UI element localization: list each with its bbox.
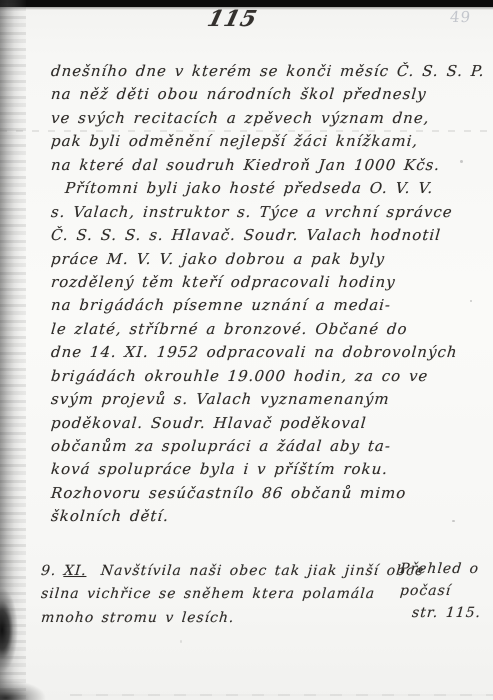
text-line: pak byli odměnění nejlepší žáci knížkami… xyxy=(50,130,452,153)
text-line: školních dětí. xyxy=(50,505,452,528)
text-line: s. Valach, instruktor s. Týce a vrchní s… xyxy=(50,201,452,224)
manuscript-text-block: dnešního dne v kterém se konči měsíc Č. … xyxy=(50,60,450,529)
text-line: dnešního dne v kterém se konči měsíc Č. … xyxy=(50,60,452,83)
dated-entry: 9. XI.Navštívila naši obec tak jiak jinš… xyxy=(40,560,400,630)
text-line: Navštívila naši obec tak jiak jinší obce xyxy=(100,563,425,579)
text-line: na brigádách písemne uznání a medai- xyxy=(50,294,452,317)
text-line: brigádách okrouhle 19.000 hodin, za co v… xyxy=(50,365,452,388)
paper-speck xyxy=(460,160,463,163)
paper-speck xyxy=(180,640,182,643)
entry-date-day: 9. xyxy=(40,563,57,579)
scanned-manuscript-page: 115 49 dnešního dne v kterém se konči mě… xyxy=(0,0,493,700)
scan-artifact-line xyxy=(70,694,493,696)
text-line: ková spolupráce byla i v příštím roku. xyxy=(50,458,452,481)
text-line: Rozhovoru sesúčastnílo 86 občanů mimo xyxy=(50,482,452,505)
paper-speck xyxy=(452,520,455,522)
text-line: Č. S. S. S. s. Hlavač. Soudr. Valach hod… xyxy=(50,224,452,247)
entry-date-month: XI. xyxy=(63,563,87,579)
text-line: práce M. V. V. jako dobrou a pak byly xyxy=(50,248,452,271)
paper-speck xyxy=(470,300,472,302)
scan-bottom-corner-shadow xyxy=(0,660,60,700)
text-line: silna vichřice se sněhem ktera polamála xyxy=(40,583,402,606)
text-line: rozdělený těm kteří odpracovali hodiny xyxy=(50,271,452,294)
entry-first-line: 9. XI.Navštívila naši obec tak jiak jinš… xyxy=(40,560,402,583)
margin-note-line: počasí xyxy=(399,580,489,602)
text-line: svým projevů s. Valach vyznamenaným xyxy=(50,388,452,411)
text-line: ve svých recitacích a zpěvech význam dne… xyxy=(50,107,452,130)
text-line: na něž děti obou národních škol přednesl… xyxy=(50,83,452,106)
entry-date: 9. XI. xyxy=(40,560,88,583)
margin-note: Přehled o počasí str. 115. xyxy=(400,558,488,624)
pencil-corner-mark: 49 xyxy=(449,8,472,26)
text-line: dne 14. XI. 1952 odpracovali na dobrovol… xyxy=(50,341,452,364)
margin-note-line: str. 115. xyxy=(399,602,489,624)
margin-note-line: Přehled o xyxy=(399,558,489,580)
text-line: le zlaté, stříbrné a bronzové. Občané do xyxy=(50,318,452,341)
page-number: 115 xyxy=(205,6,260,32)
text-line: Přítomni byli jako hosté předseda O. V. … xyxy=(50,177,452,200)
text-line: mnoho stromu v lesích. xyxy=(40,607,402,630)
text-line: na které dal soudruh Kiedroň Jan 1000 Kč… xyxy=(50,154,452,177)
text-line: poděkoval. Soudr. Hlavač poděkoval xyxy=(50,412,452,435)
text-line: občanům za spolupráci a žádal aby ta- xyxy=(50,435,452,458)
